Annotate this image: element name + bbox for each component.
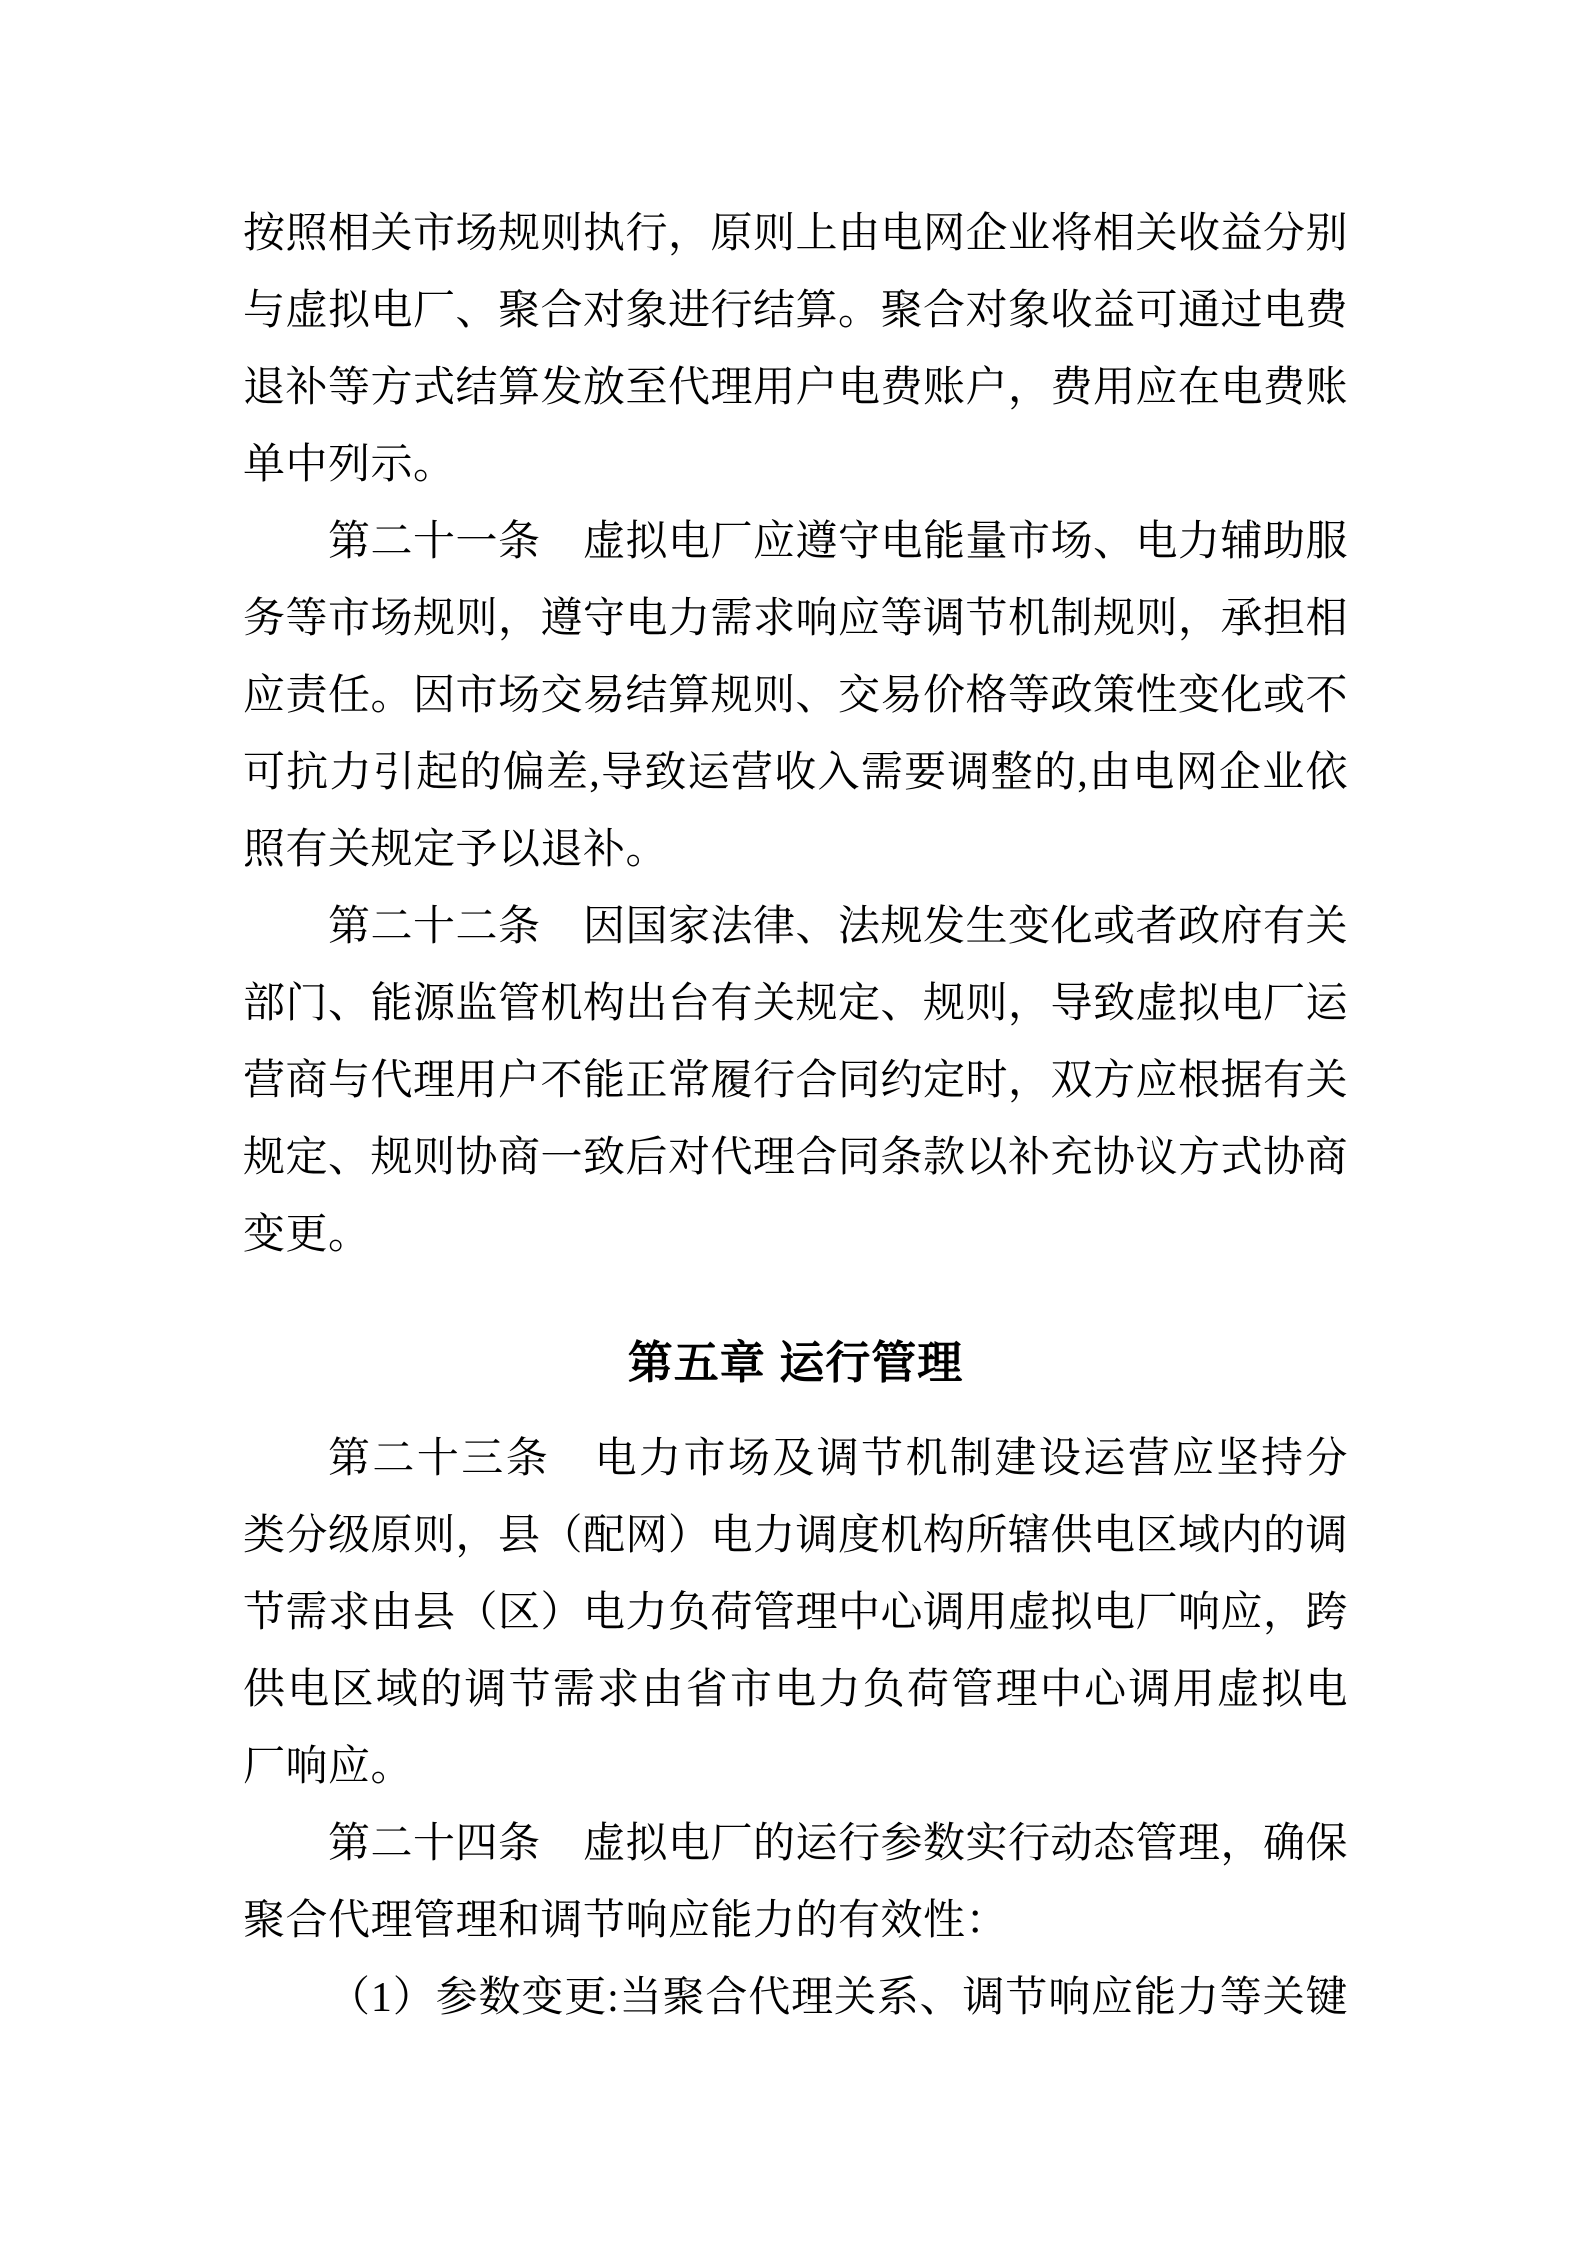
body-line: 类分级原则，县（配网）电力调度机构所辖供电区域内的调 xyxy=(243,1498,1348,1575)
body-line: 单中列示。 xyxy=(243,427,1348,504)
body-line: 可抗力引起的偏差,导致运营收入需要调整的,由电网企业依 xyxy=(243,735,1348,812)
body-line: 聚合代理管理和调节响应能力的有效性： xyxy=(243,1883,1348,1960)
body-line: 变更。 xyxy=(243,1197,1348,1274)
body-line: 节需求由县（区）电力负荷管理中心调用虚拟电厂响应，跨 xyxy=(243,1575,1348,1652)
body-line: 照有关规定予以退补。 xyxy=(243,812,1348,889)
article-23-lead-line: 第二十三条 电力市场及调节机制建设运营应坚持分 xyxy=(243,1421,1348,1498)
list-item-1-line: （1）参数变更:当聚合代理关系、调节响应能力等关键 xyxy=(243,1960,1348,2037)
article-22-lead-line: 第二十二条 因国家法律、法规发生变化或者政府有关 xyxy=(243,889,1348,966)
article-21-lead-line: 第二十一条 虚拟电厂应遵守电能量市场、电力辅助服 xyxy=(243,504,1348,581)
body-line: 规定、规则协商一致后对代理合同条款以补充协议方式协商 xyxy=(243,1120,1348,1197)
body-line: 按照相关市场规则执行，原则上由电网企业将相关收益分别 xyxy=(243,196,1348,273)
body-line: 供电区域的调节需求由省市电力负荷管理中心调用虚拟电 xyxy=(243,1652,1348,1729)
body-line: 务等市场规则，遵守电力需求响应等调节机制规则，承担相 xyxy=(243,581,1348,658)
body-line: 厂响应。 xyxy=(243,1729,1348,1806)
document-page: 按照相关市场规则执行，原则上由电网企业将相关收益分别 与虚拟电厂、聚合对象进行结… xyxy=(0,0,1587,2245)
body-line: 部门、能源监管机构出台有关规定、规则，导致虚拟电厂运 xyxy=(243,966,1348,1043)
chapter-heading: 第五章 运行管理 xyxy=(243,1324,1348,1401)
body-line: 退补等方式结算发放至代理用户电费账户，费用应在电费账 xyxy=(243,350,1348,427)
article-24-lead-line: 第二十四条 虚拟电厂的运行参数实行动态管理，确保 xyxy=(243,1806,1348,1883)
body-line: 与虚拟电厂、聚合对象进行结算。聚合对象收益可通过电费 xyxy=(243,273,1348,350)
document-content: 按照相关市场规则执行，原则上由电网企业将相关收益分别 与虚拟电厂、聚合对象进行结… xyxy=(243,196,1348,2037)
body-line: 营商与代理用户不能正常履行合同约定时，双方应根据有关 xyxy=(243,1043,1348,1120)
body-line: 应责任。因市场交易结算规则、交易价格等政策性变化或不 xyxy=(243,658,1348,735)
